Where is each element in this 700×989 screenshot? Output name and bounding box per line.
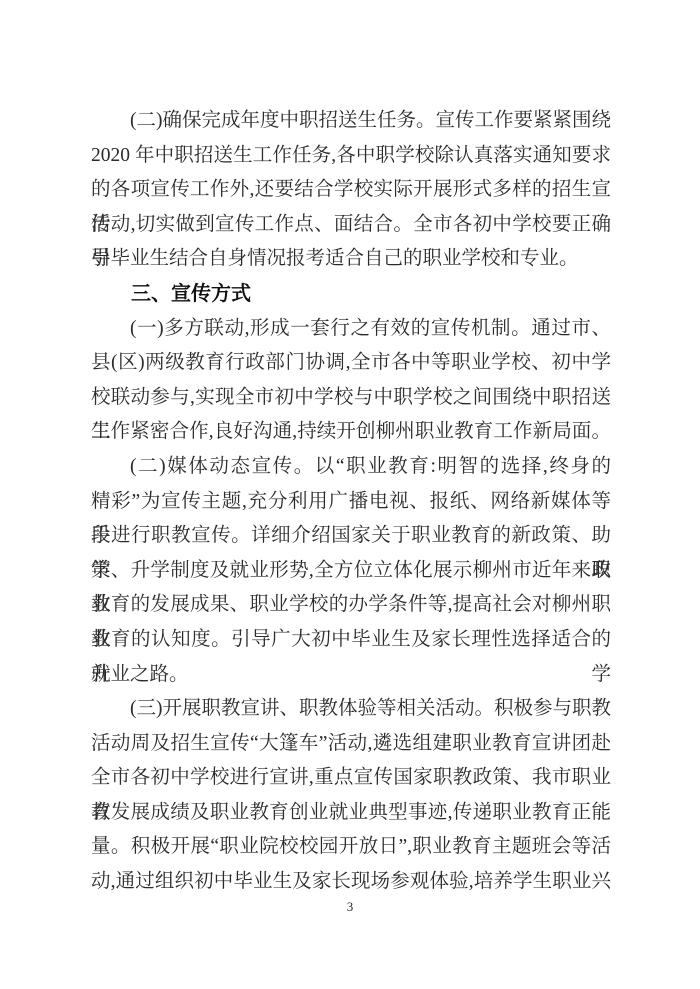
text-line: (一)多方联动,形成一套行之有效的宣传机制。通过市、	[91, 312, 611, 347]
document-body: (二)确保完成年度中职招送生任务。宣传工作要紧紧围绕 2020 年中职招送生工作…	[91, 104, 611, 900]
text-line: 段进行职教宣传。详细介绍国家关于职业教育的新政策、助学政	[91, 519, 611, 554]
section-heading: 三、宣传方式	[91, 277, 611, 312]
text-line: 精彩”为宣传主题,充分利用广播电视、报纸、网络新媒体等手	[91, 485, 611, 520]
text-line: 的各项宣传工作外,还要结合学校实际开展形式多样的招生宣传	[91, 173, 611, 208]
text-line: (三)开展职教宣讲、职教体验等相关活动。积极参与职教	[91, 692, 611, 727]
text-line: 教育的发展成果、职业学校的办学条件等,提高社会对柳州职业	[91, 588, 611, 623]
text-line: 量。积极开展“职业院校校园开放日”,职业教育主题班会等活	[91, 830, 611, 865]
text-line: 活动周及招生宣传“大篷车”活动,遴选组建职业教育宣讲团赴	[91, 727, 611, 762]
text-line: (二)媒体动态宣传。以“职业教育:明智的选择,终身的	[91, 450, 611, 485]
text-line: 校联动参与,实现全市初中学校与中职学校之间围绕中职招送生	[91, 381, 611, 416]
text-line: 育发展成绩及职业教育创业就业典型事迹,传递职业教育正能	[91, 796, 611, 831]
text-line: 策、升学制度及就业形势,全方位立体化展示柳州市近年来职业	[91, 554, 611, 589]
text-line: 活动,切实做到宣传工作点、面结合。全市各初中学校要正确引	[91, 208, 611, 243]
text-line: (二)确保完成年度中职招送生任务。宣传工作要紧紧围绕	[91, 104, 611, 139]
text-line: 全市各初中学校进行宣讲,重点宣传国家职教政策、我市职业教	[91, 761, 611, 796]
text-line: 教育的认知度。引导广大初中毕业生及家长理性选择适合的升学	[91, 623, 611, 658]
text-line: 导毕业生结合自身情况报考适合自己的职业学校和专业。	[91, 242, 611, 277]
text-line: 2020 年中职招送生工作任务,各中职学校除认真落实通知要求	[91, 139, 611, 174]
document-page: (二)确保完成年度中职招送生任务。宣传工作要紧紧围绕 2020 年中职招送生工作…	[0, 0, 700, 989]
page-number: 3	[0, 899, 700, 915]
text-line: 动,通过组织初中毕业生及家长现场参观体验,培养学生职业兴	[91, 865, 611, 900]
text-line: 县(区)两级教育行政部门协调,全市各中等职业学校、初中学	[91, 346, 611, 381]
text-line: 工作紧密合作,良好沟通,持续开创柳州职业教育工作新局面。	[91, 415, 611, 450]
